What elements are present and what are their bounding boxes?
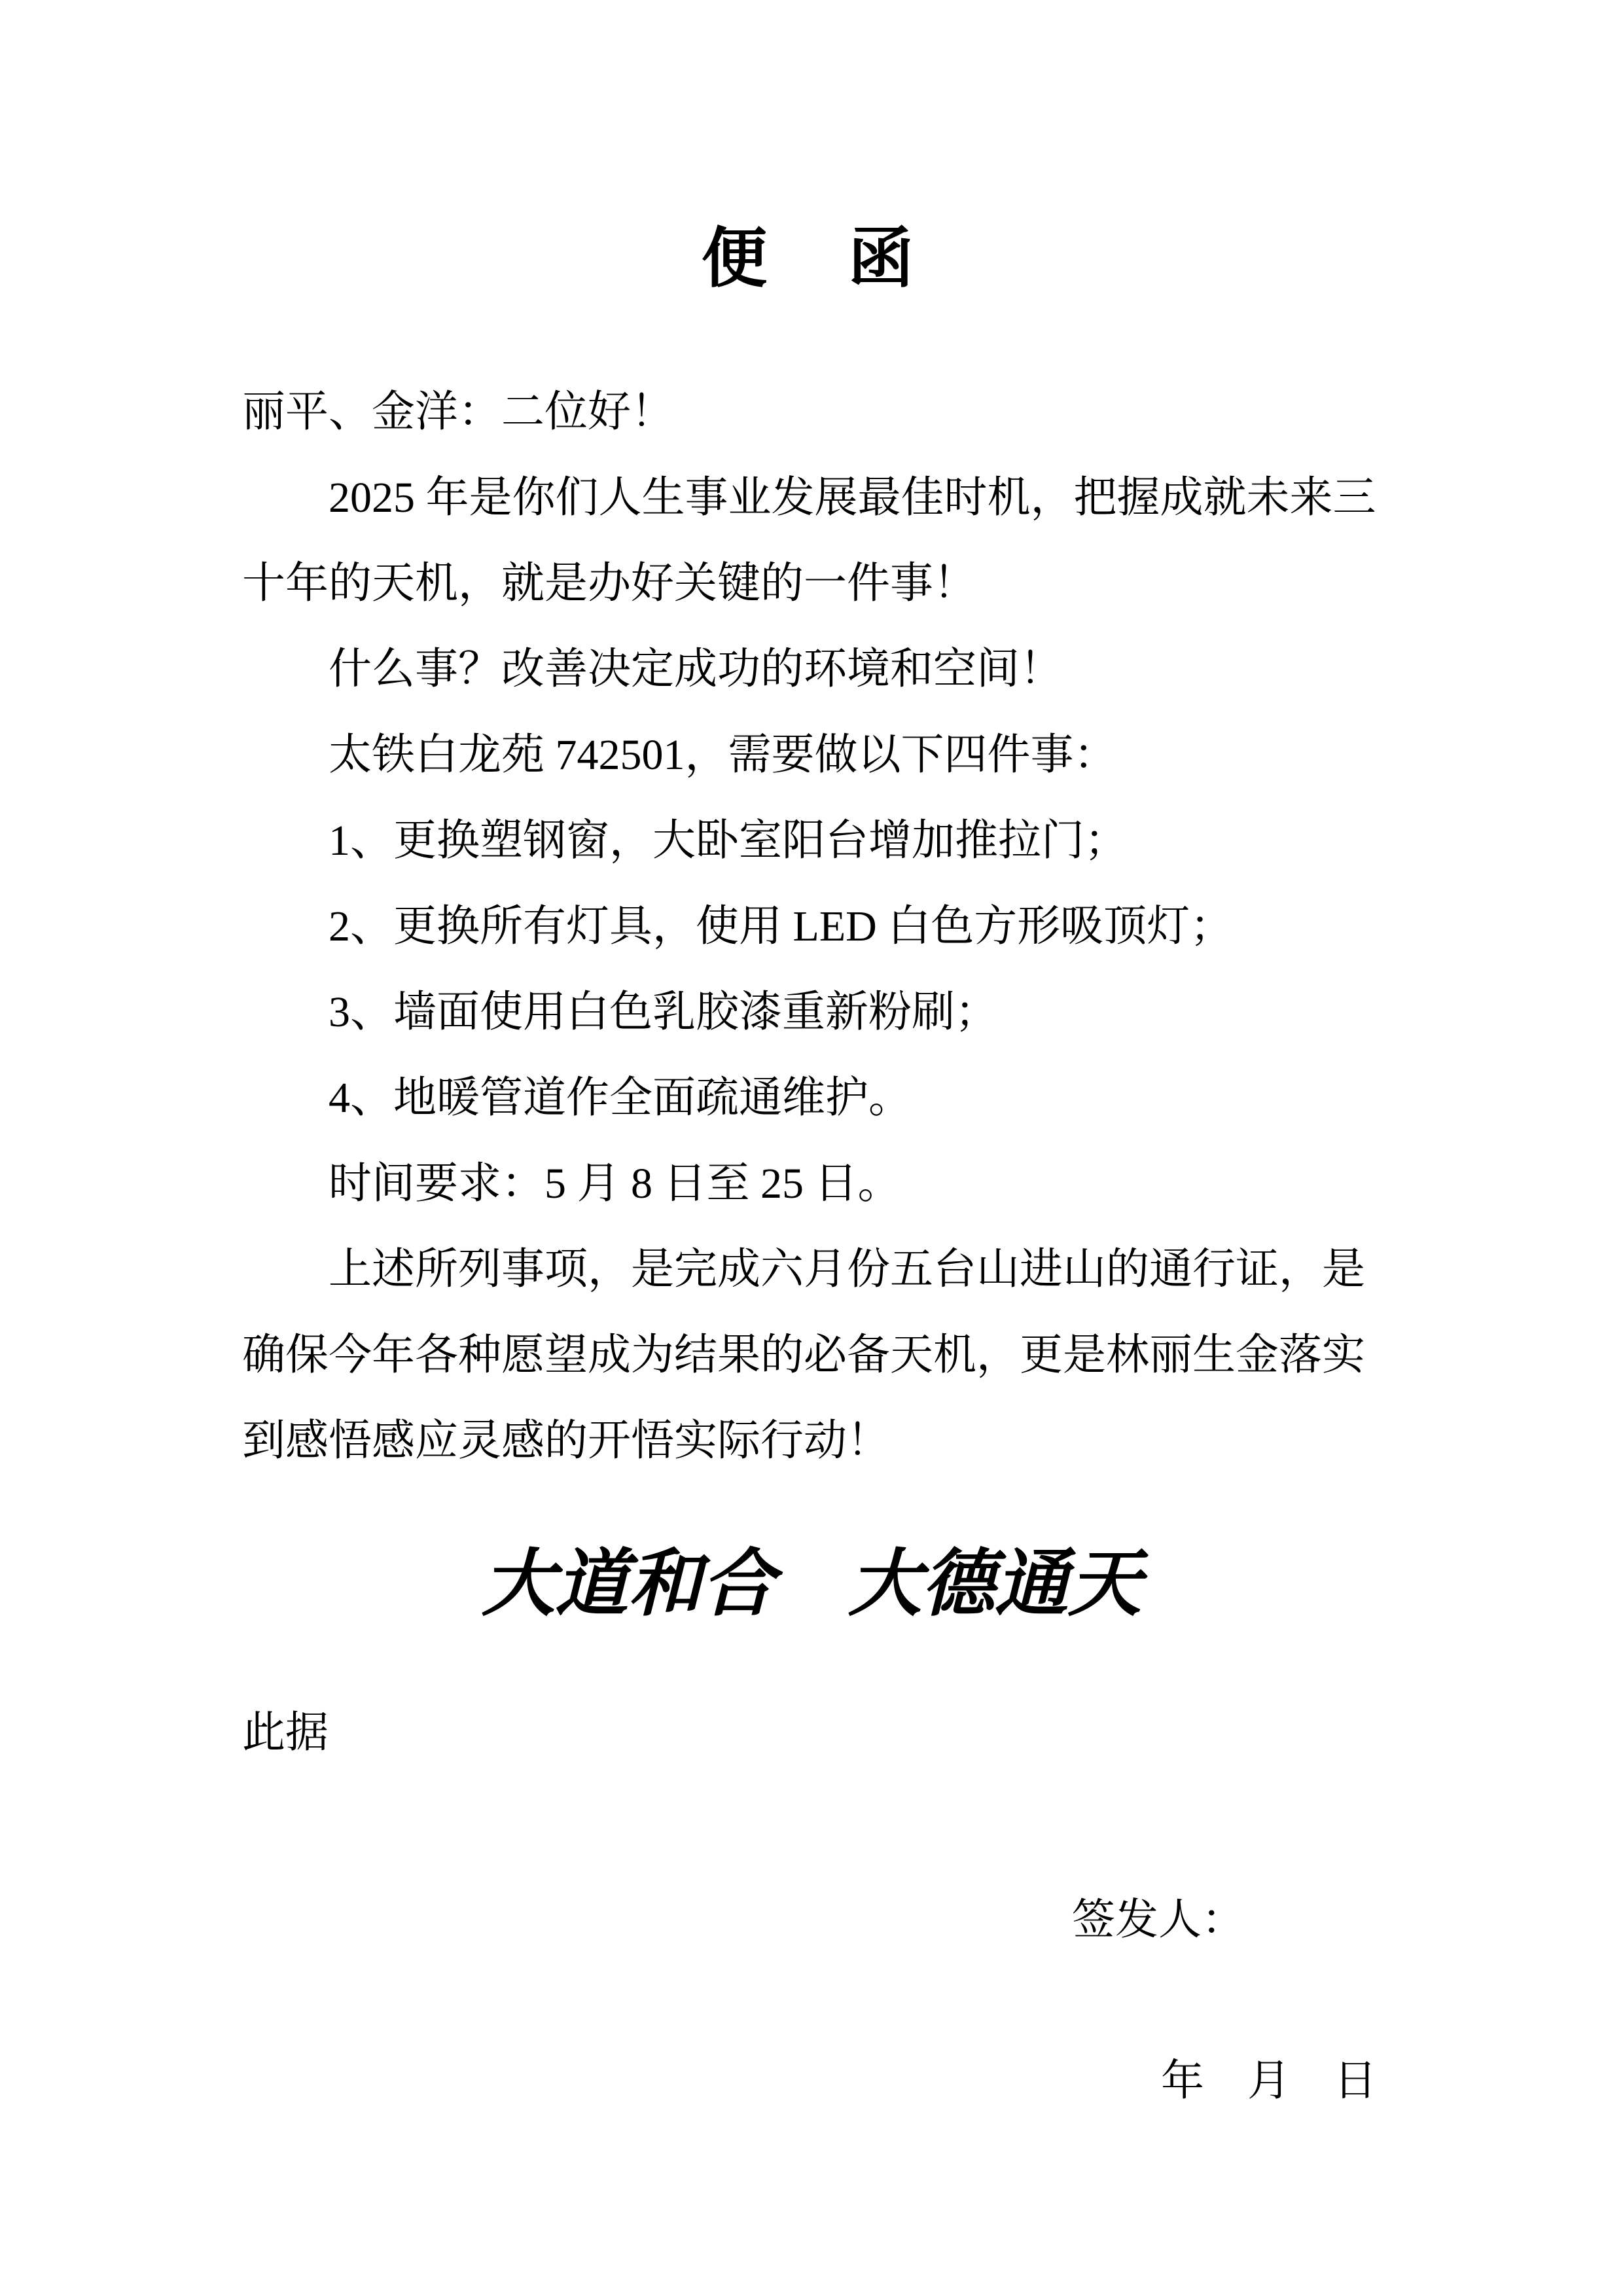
list-item-3: 3、墙面使用白色乳胶漆重新粉刷； bbox=[242, 969, 1381, 1055]
list-item-4: 4、地暖管道作全面疏通维护。 bbox=[242, 1055, 1381, 1141]
calligraphy-motto: 大道和合 大德通天 bbox=[242, 1541, 1381, 1626]
date-line: 年 月 日 bbox=[1161, 2038, 1381, 2124]
closing-line: 此据 bbox=[242, 1690, 1381, 1776]
salutation-line: 丽平、金洋：二位好！ bbox=[242, 369, 1381, 455]
time-requirement-line: 时间要求：5 月 8 日至 25 日。 bbox=[242, 1141, 1381, 1227]
memo-title: 便 函 bbox=[242, 223, 1381, 295]
memo-page: 便 函 丽平、金洋：二位好！ 2025 年是你们人生事业发展最佳时机，把握成就未… bbox=[0, 0, 1623, 2296]
body-paragraph: 太铁白龙苑 742501，需要做以下四件事： bbox=[242, 712, 1381, 798]
signer-label: 签发人： bbox=[1072, 1877, 1381, 1963]
memo-body: 丽平、金洋：二位好！ 2025 年是你们人生事业发展最佳时机，把握成就未来三 十… bbox=[242, 369, 1381, 1484]
body-paragraph: 2025 年是你们人生事业发展最佳时机，把握成就未来三 十年的天机，就是办好关键… bbox=[242, 455, 1381, 626]
body-paragraph: 什么事？改善决定成功的环境和空间！ bbox=[242, 626, 1381, 712]
list-item-2: 2、更换所有灯具，使用 LED 白色方形吸顶灯； bbox=[242, 884, 1381, 969]
list-item-1: 1、更换塑钢窗，大卧室阳台增加推拉门； bbox=[242, 798, 1381, 884]
body-paragraph: 上述所列事项，是完成六月份五台山进山的通行证，是 确保今年各种愿望成为结果的必备… bbox=[242, 1227, 1381, 1484]
